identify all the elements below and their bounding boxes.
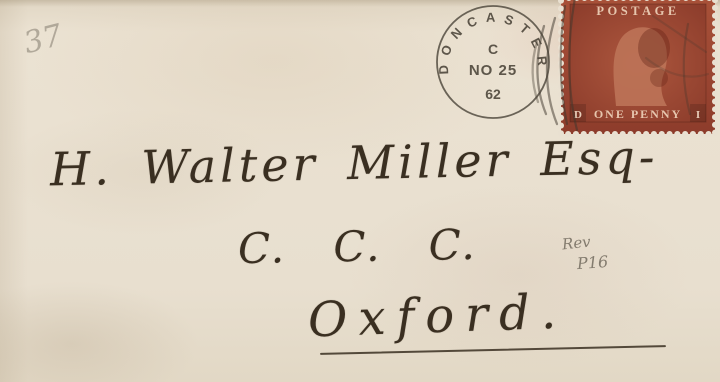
envelope: 37 DONCASTER C NO 25 62 2 <box>0 0 720 382</box>
address-line-3: Oxford. <box>307 283 568 348</box>
penny-red-stamp: POSTAGE D I ONE PENNY <box>558 0 718 138</box>
postmark-year: 62 <box>485 86 501 102</box>
oxford-underline <box>320 345 666 355</box>
queen-victoria-profile <box>614 27 671 106</box>
stamp-top-text: POSTAGE <box>596 4 679 18</box>
stamp-corner-letter-right: I <box>696 109 700 121</box>
pencil-note-line-2: P16 <box>576 252 608 273</box>
stamp-bottom-text: ONE PENNY <box>594 107 682 121</box>
postmark-date: NO 25 <box>469 62 517 79</box>
pencil-note-line-1: Rev <box>561 233 591 254</box>
address-line-2: C. C. C. <box>238 220 477 273</box>
corner-pencil-mark: 37 <box>20 18 66 61</box>
address-line-1: H. Walter Miller Esq- <box>50 130 659 197</box>
postmark-index-letter: C <box>488 41 498 57</box>
